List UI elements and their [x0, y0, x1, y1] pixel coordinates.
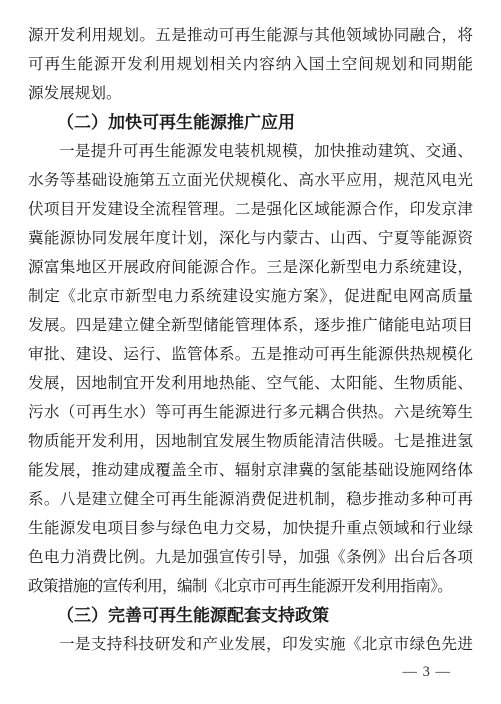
text-line: 污水（可再生水）等可再生能源进行多元耦合供热。六是统筹生 [28, 398, 473, 427]
page-number: — 3 — [0, 664, 501, 681]
text-line: 一是提升可再生能源发电装机规模，加快推动建筑、交通、 [28, 137, 473, 166]
text-line: 系。八是建立健全可再生能源消费促进机制，稳步推动多种可再 [28, 485, 473, 514]
text-line: 伏项目开发建设全流程管理。二是强化区域能源合作，印发京津 [28, 195, 473, 224]
text-line: 发展。四是建立健全新型储能管理体系，逐步推广储能电站项目 [28, 311, 473, 340]
document-body: 源开发利用规划。五是推动可再生能源与其他领域协同融合，将可再生能源开发利用规划相… [0, 0, 501, 659]
text-line: 色电力消费比例。九是加强宣传引导，加强《条例》出台后各项 [28, 543, 473, 572]
text-line: 能发展，推动建成覆盖全市、辐射京津冀的氢能基础设施网络体 [28, 456, 473, 485]
text-line: 物质能开发利用，因地制宜发展生物质能清洁供暖。七是推进氢 [28, 427, 473, 456]
text-line: 可再生能源开发利用规划相关内容纳入国土空间规划和同期能 [28, 50, 473, 79]
document-page: 源开发利用规划。五是推动可再生能源与其他领域协同融合，将可再生能源开发利用规划相… [0, 0, 501, 704]
text-line: 审批、建设、运行、监管体系。五是推动可再生能源供热规模化 [28, 340, 473, 369]
text-line: 政策措施的宣传利用，编制《北京市可再生能源开发利用指南》。 [28, 572, 473, 601]
text-line: 生能源发电项目参与绿色电力交易，加快提升重点领域和行业绿 [28, 514, 473, 543]
text-line: 源富集地区开展政府间能源合作。三是深化新型电力系统建设， [28, 253, 473, 282]
text-line: 一是支持科技研发和产业发展，印发实施《北京市绿色先进 [28, 630, 473, 659]
text-line: 源开发利用规划。五是推动可再生能源与其他领域协同融合，将 [28, 21, 473, 50]
text-line: 发展，因地制宜开发利用地热能、空气能、太阳能、生物质能、 [28, 369, 473, 398]
section-heading: （三）完善可再生能源配套支持政策 [28, 601, 473, 630]
text-line: 制定《北京市新型电力系统建设实施方案》，促进配电网高质量 [28, 282, 473, 311]
text-line: 冀能源协同发展年度计划，深化与内蒙古、山西、宁夏等能源资 [28, 224, 473, 253]
text-line: 源发展规划。 [28, 79, 473, 108]
text-line: 水务等基础设施第五立面光伏规模化、高水平应用，规范风电光 [28, 166, 473, 195]
section-heading: （二）加快可再生能源推广应用 [28, 108, 473, 137]
